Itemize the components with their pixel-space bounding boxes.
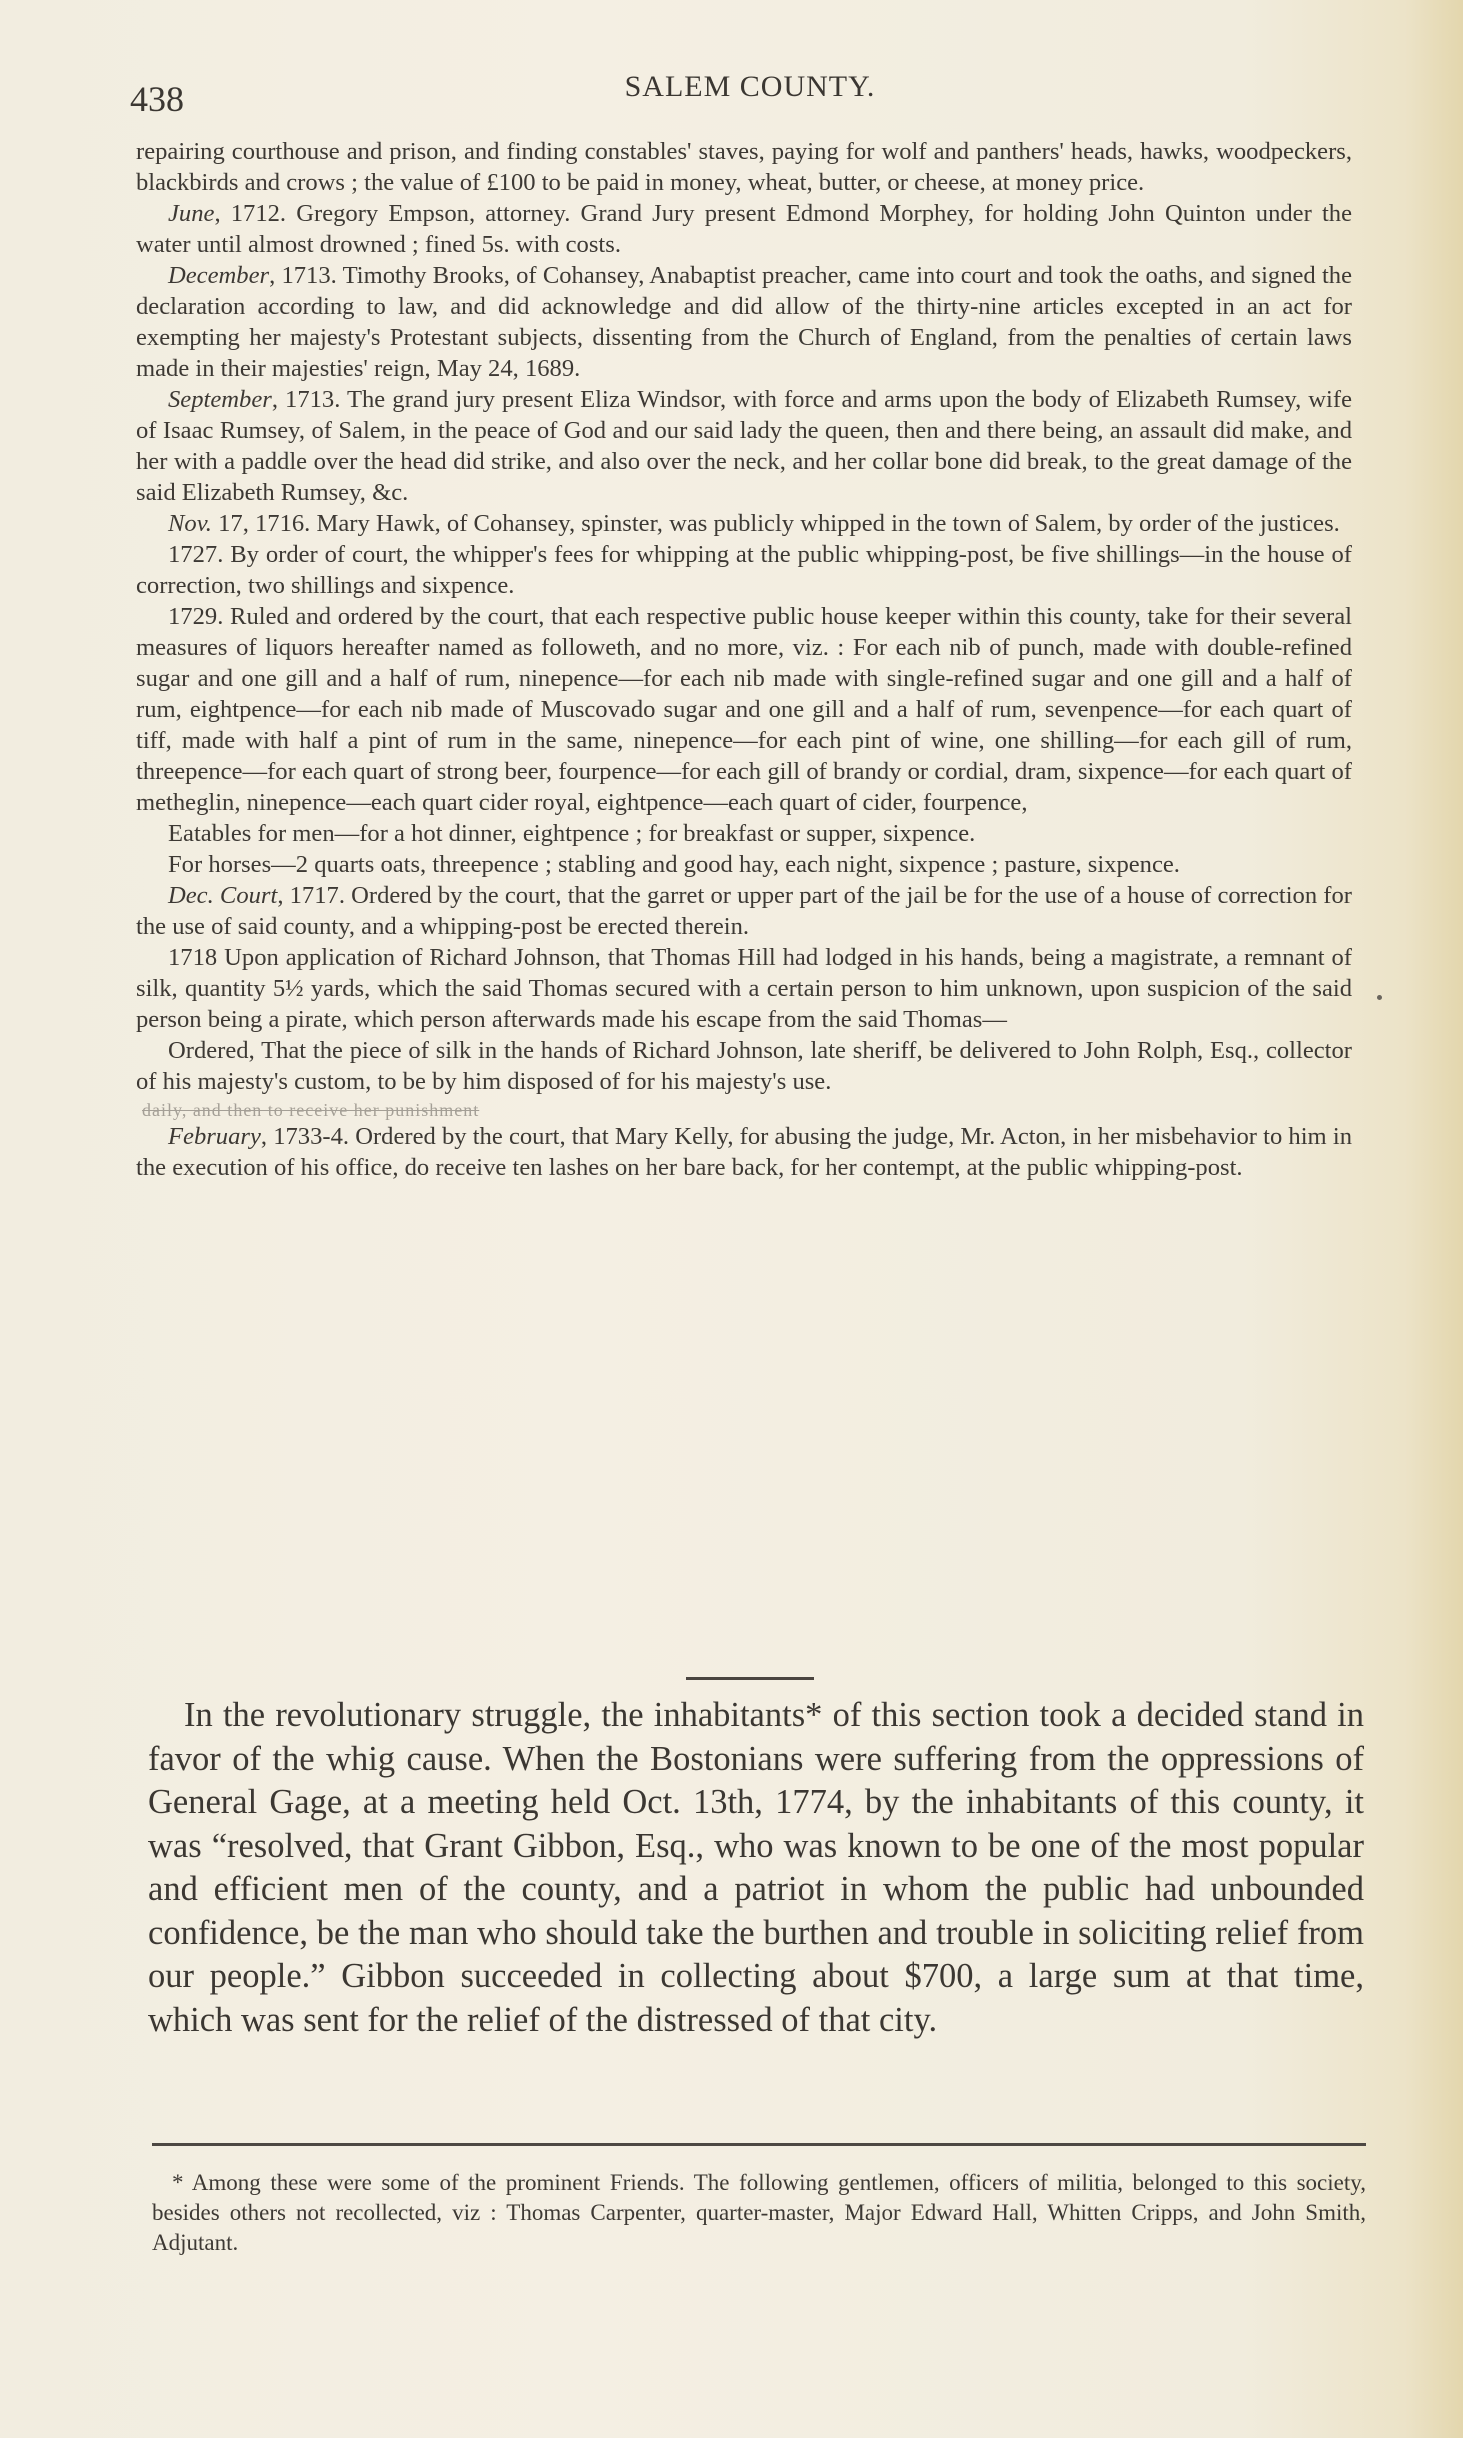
record-paragraph: December, 1713. Timothy Brooks, of Cohan… (136, 260, 1352, 384)
record-paragraph: For horses—2 quarts oats, threepence ; s… (136, 849, 1352, 880)
record-date-lead: February (168, 1123, 261, 1150)
record-paragraph: 1727. By order of court, the whipper's f… (136, 539, 1352, 601)
record-paragraph: Nov. 17, 1716. Mary Hawk, of Cohansey, s… (136, 508, 1352, 539)
garbled-print-line: daily, and then to receive her punishmen… (142, 1099, 702, 1121)
narrative-section: In the revolutionary struggle, the inhab… (148, 1694, 1364, 2042)
record-paragraph: 1729. Ruled and ordered by the court, th… (136, 601, 1352, 818)
running-head: 438 SALEM COUNTY. (130, 70, 1350, 130)
court-records: repairing courthouse and prison, and fin… (136, 136, 1352, 1183)
record-paragraph: February, 1733-4. Ordered by the court, … (136, 1121, 1352, 1183)
page-title: SALEM COUNTY. (130, 70, 1350, 104)
record-paragraph: repairing courthouse and prison, and fin… (136, 136, 1352, 198)
record-date-lead: December (168, 262, 269, 289)
narrative-paragraph: In the revolutionary struggle, the inhab… (148, 1694, 1364, 2042)
record-date-lead: Dec. Court (168, 882, 277, 909)
footnote: * Among these were some of the prominent… (152, 2168, 1366, 2258)
record-date-lead: Nov. (168, 510, 212, 537)
record-date-lead: June (168, 200, 214, 227)
ink-speck (1377, 995, 1382, 1000)
record-paragraph: 1718 Upon application of Richard Johnson… (136, 942, 1352, 1035)
footnote-text: * Among these were some of the prominent… (152, 2168, 1366, 2258)
record-paragraph: June, 1712. Gregory Empson, attorney. Gr… (136, 198, 1352, 260)
record-date-lead: September (168, 386, 272, 413)
section-divider (686, 1677, 814, 1680)
record-paragraph: September, 1713. The grand jury present … (136, 384, 1352, 508)
book-page: 438 SALEM COUNTY. repairing courthouse a… (0, 0, 1463, 2438)
record-paragraph: Ordered, That the piece of silk in the h… (136, 1035, 1352, 1097)
record-paragraph: Dec. Court, 1717. Ordered by the court, … (136, 880, 1352, 942)
record-paragraph: Eatables for men—for a hot dinner, eight… (136, 818, 1352, 849)
footnote-rule (152, 2143, 1366, 2146)
